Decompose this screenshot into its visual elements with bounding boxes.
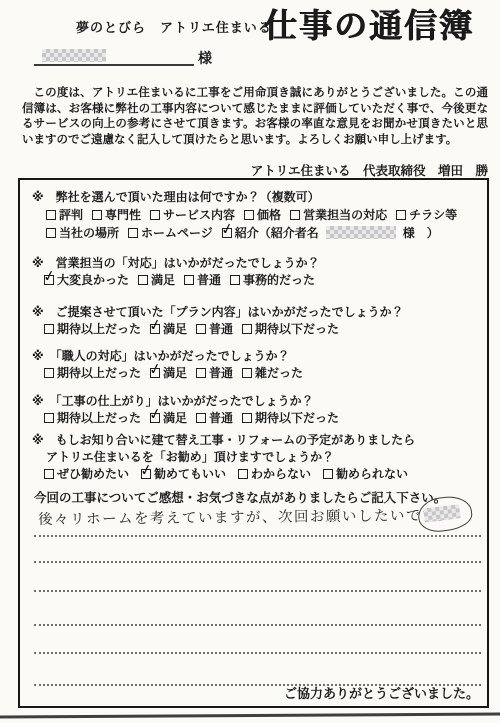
option-below-expectation: 期待以下だった <box>242 409 339 426</box>
option-definitely-recommend: ぜひ勧めたい <box>44 465 129 482</box>
checkbox-icon <box>396 210 406 220</box>
option-label-suffix: 様 ） <box>403 224 439 241</box>
checkbox-icon <box>46 210 56 220</box>
option-label: 大変良かった <box>57 271 129 288</box>
option-label: 雑だった <box>255 364 303 381</box>
closing-thanks: ご協力ありがとうございました。 <box>284 683 479 702</box>
checkbox-icon <box>230 275 240 285</box>
option-label: 満足 <box>163 409 187 426</box>
option-label: 普通 <box>197 271 221 288</box>
redacted-recipient-name <box>42 49 106 62</box>
option-label: 期待以上だった <box>57 409 141 426</box>
question-6-text-line2: アトリエ住まいるを「お勧め」頂けますでしょうか？ <box>46 448 334 465</box>
question-6-text-line1: ※ もしお知り合いに建て替え工事・リフォームの予定がありましたら <box>32 431 415 448</box>
brand-tagline: 夢のとびら アトリエ住まいる <box>76 17 272 36</box>
option-rough: 雑だった <box>242 364 303 381</box>
checkbox-icon <box>242 368 252 378</box>
checkbox-icon <box>44 469 54 479</box>
comment-rule-line <box>34 590 481 592</box>
option-label: 普通 <box>209 320 233 337</box>
option-satisfied: 満足 <box>138 271 175 288</box>
checkbox-icon <box>46 228 56 238</box>
question-3-options: 期待以上だった 満足 普通 期待以下だった <box>44 320 339 337</box>
option-label: 期待以上だった <box>57 364 141 381</box>
checkbox-icon <box>44 413 54 423</box>
comment-rule-line <box>34 624 481 626</box>
option-normal: 普通 <box>184 271 221 288</box>
recipient-name-line <box>34 46 194 66</box>
option-above-expectation: 期待以上だった <box>44 320 141 337</box>
intro-paragraph: この度は、アトリエ住まいるに工事をご用命頂き誠にありがとうございました。この通信… <box>22 85 488 147</box>
question-1-options-row-1: 評判 専門性 サービス内容 価格 営業担当の対応 チラシ等 <box>46 206 457 223</box>
option-businesslike: 事務的だった <box>230 271 315 288</box>
checkbox-icon <box>150 368 160 378</box>
comments-prompt: 今回の工事についてご感想・お気づきな点がありましたらご記入下さい。 <box>34 488 446 506</box>
checkbox-icon <box>323 469 333 479</box>
page-bottom-rule <box>0 712 500 718</box>
checkbox-icon <box>92 210 102 220</box>
option-label: 評判 <box>59 206 83 223</box>
option-homepage: ホームページ <box>128 224 213 241</box>
option-label: ホームページ <box>141 224 213 241</box>
option-very-good: 大変良かった <box>44 271 129 288</box>
option-label: 期待以下だった <box>255 320 339 337</box>
redacted-referrer-name <box>326 226 396 239</box>
question-3-text: ※ ご提案させて頂いた「プラン内容」はいかがだったでしょうか？ <box>32 303 404 320</box>
option-label: 期待以下だった <box>255 409 339 426</box>
checkbox-icon <box>196 324 206 334</box>
option-sales-response: 営業担当の対応 <box>290 206 387 223</box>
checkbox-icon <box>242 324 252 334</box>
option-below-expectation: 期待以下だった <box>242 320 339 337</box>
recipient-honorific: 様 <box>198 48 212 68</box>
survey-box: ※ 弊社を選んで頂いた理由は何ですか？（複数可） 評判 専門性 サービス内容 価… <box>18 178 489 708</box>
checkbox-icon <box>150 413 160 423</box>
checkbox-icon <box>44 324 54 334</box>
option-satisfied: 満足 <box>150 320 187 337</box>
scanned-survey-document: { "header": { "brand": "夢のとびら アトリエ住まいる",… <box>0 0 500 723</box>
question-4-options: 期待以上だった 満足 普通 雑だった <box>44 364 303 381</box>
option-label: 勧めてもいい <box>154 465 226 482</box>
option-label: 満足 <box>163 364 187 381</box>
checkbox-icon <box>128 228 138 238</box>
checkbox-icon <box>244 210 254 220</box>
question-4-text: ※ 「職人の対応」はいかがだったでしょうか？ <box>32 347 290 364</box>
option-label: 勧められない <box>336 465 408 482</box>
option-price: 価格 <box>244 206 281 223</box>
option-above-expectation: 期待以上だった <box>44 409 141 426</box>
option-above-expectation: 期待以上だった <box>44 364 141 381</box>
checkbox-icon <box>44 275 54 285</box>
option-satisfied: 満足 <box>150 409 187 426</box>
checkbox-icon <box>184 275 194 285</box>
option-specialty: 専門性 <box>92 206 141 223</box>
question-6-options: ぜひ勧めたい 勧めてもいい わからない 勧められない <box>44 465 408 482</box>
option-normal: 普通 <box>196 364 233 381</box>
handwritten-comment: 後々リホームを考えていますが、次回お願いしたいです。 <box>38 504 453 529</box>
checkbox-icon <box>44 368 54 378</box>
checkbox-icon <box>196 413 206 423</box>
option-label: わからない <box>251 465 311 482</box>
option-label: 普通 <box>209 409 233 426</box>
checkbox-icon <box>141 469 151 479</box>
checkbox-icon <box>150 210 160 220</box>
company-signature: アトリエ住まいる 代表取締役 増田 勝 <box>251 161 488 179</box>
option-label: 価格 <box>257 206 281 223</box>
document-title: 仕事の通信簿 <box>264 0 474 47</box>
checkbox-icon <box>222 228 232 238</box>
option-label: チラシ等 <box>409 206 457 223</box>
option-unsure: わからない <box>238 465 311 482</box>
option-normal: 普通 <box>196 320 233 337</box>
option-label: 事務的だった <box>243 271 315 288</box>
question-2-options: 大変良かった 満足 普通 事務的だった <box>44 271 315 288</box>
option-flyer: チラシ等 <box>396 206 457 223</box>
option-label: 満足 <box>163 320 187 337</box>
checkbox-icon <box>138 275 148 285</box>
option-cannot-recommend: 勧められない <box>323 465 408 482</box>
checkbox-icon <box>196 368 206 378</box>
option-label: 満足 <box>151 271 175 288</box>
comment-rule-line <box>34 652 481 654</box>
question-5-text: ※ 「工事の仕上がり」はいかがだったでしょうか？ <box>32 392 314 409</box>
option-satisfied: 満足 <box>150 364 187 381</box>
option-label: 営業担当の対応 <box>303 206 387 223</box>
checkbox-icon <box>150 324 160 334</box>
checkbox-icon <box>242 413 252 423</box>
comment-rule-line <box>34 561 481 563</box>
redacted-signature <box>423 504 460 522</box>
checkbox-icon <box>238 469 248 479</box>
option-label: 当社の場所 <box>59 224 119 241</box>
option-label: 専門性 <box>105 206 141 223</box>
option-label: 普通 <box>209 364 233 381</box>
option-label: 紹介（紹介者名 <box>235 224 319 241</box>
question-1-text: ※ 弊社を選んで頂いた理由は何ですか？（複数可） <box>32 188 320 205</box>
option-could-recommend: 勧めてもいい <box>141 465 226 482</box>
option-reputation: 評判 <box>46 206 83 223</box>
question-1-options-row-2: 当社の場所 ホームページ 紹介（紹介者名 様 ） <box>46 224 439 241</box>
question-5-options: 期待以上だった 満足 普通 期待以下だった <box>44 409 339 426</box>
option-label: ぜひ勧めたい <box>57 465 129 482</box>
option-referral: 紹介（紹介者名 様 ） <box>222 224 439 241</box>
option-company-location: 当社の場所 <box>46 224 119 241</box>
option-label: 期待以上だった <box>57 320 141 337</box>
option-normal: 普通 <box>196 409 233 426</box>
question-2-text: ※ 営業担当の「対応」はいかがだったでしょうか？ <box>32 254 320 271</box>
checkbox-icon <box>290 210 300 220</box>
comment-rule-line <box>34 535 481 537</box>
